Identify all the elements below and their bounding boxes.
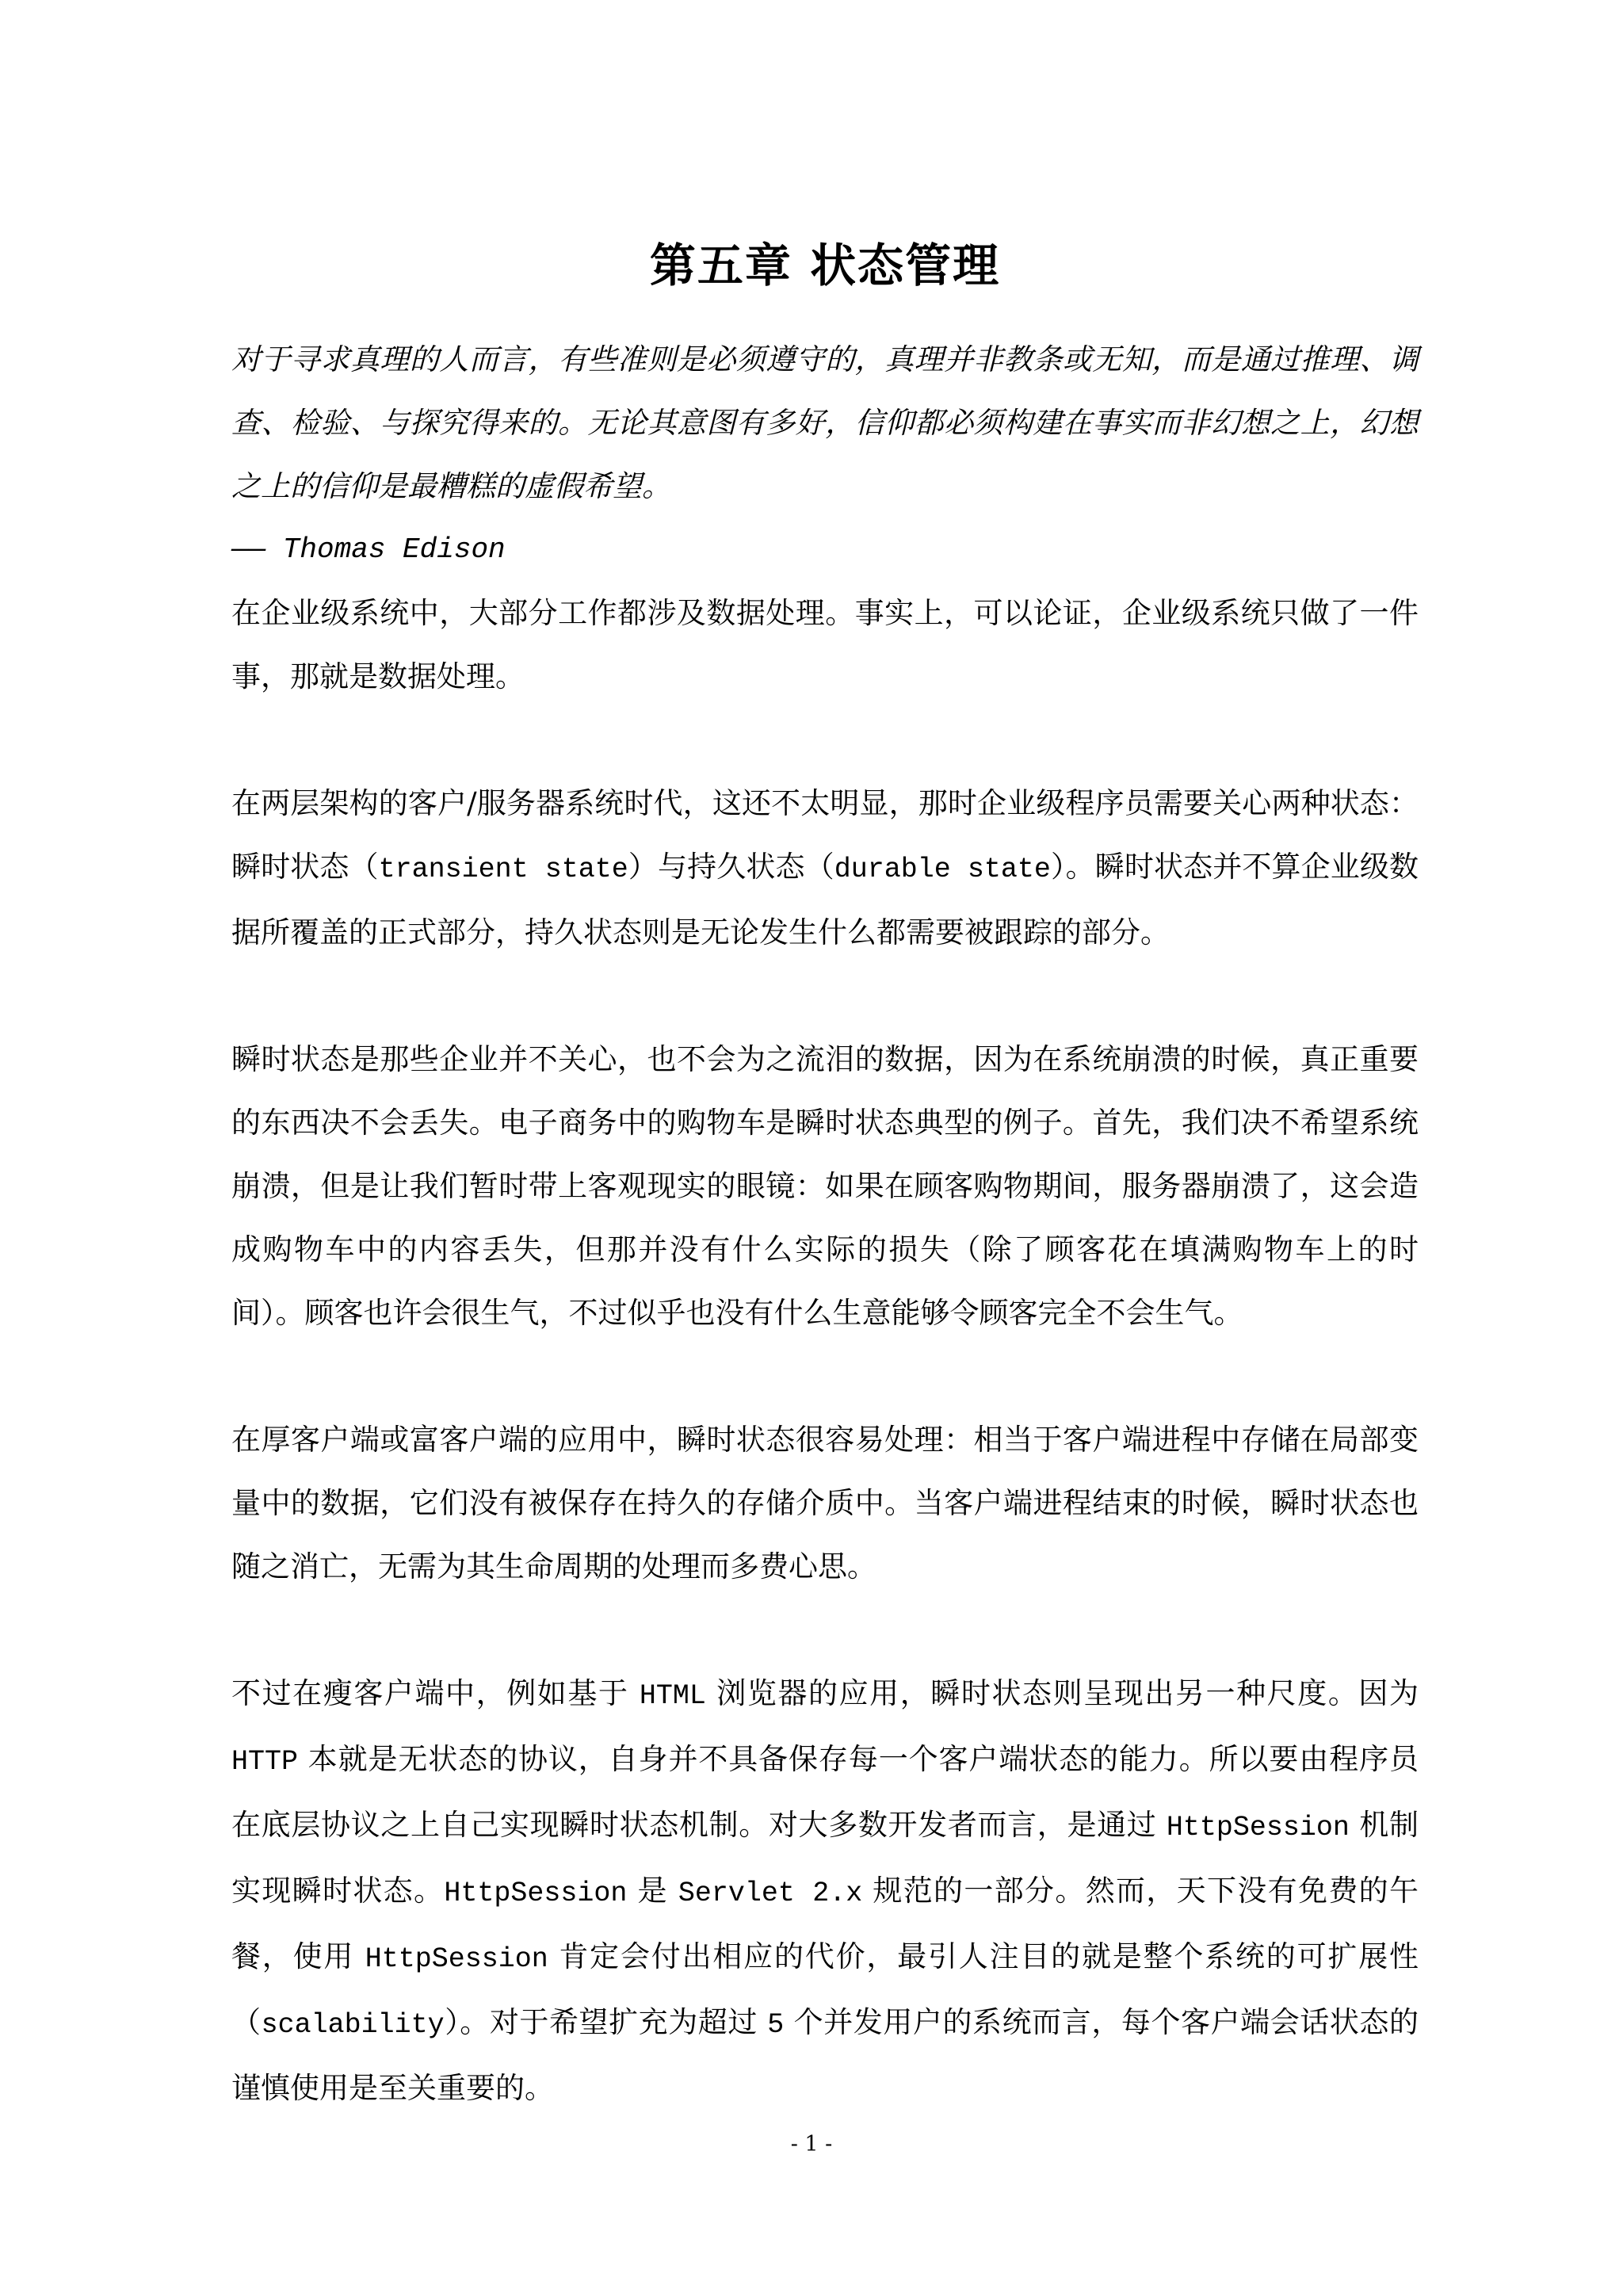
text-run: 不过在瘦客户端中，例如基于 — [231, 1676, 640, 1710]
text-run: 在厚客户端或富客户端的应用中，瞬时状态很容易处理：相当于客户端进程中存储在局部变… — [231, 1423, 1419, 1584]
page-number: - 1 - — [0, 2130, 1623, 2159]
text-run: 是 — [627, 1874, 678, 1908]
paragraph: 不过在瘦客户端中，例如基于 HTML 浏览器的应用，瞬时状态则呈现出另一种尺度。… — [231, 1662, 1419, 2120]
text-run: 浏览器的应用，瞬时状态则呈现出另一种尺度。因为 — [706, 1676, 1419, 1710]
code-term: HTML — [640, 1680, 706, 1712]
code-term: Servlet 2.x — [678, 1878, 862, 1909]
code-term: HTTP — [231, 1746, 298, 1778]
epigraph-quote: 对于寻求真理的人而言，有些准则是必须遵守的，真理并非教条或无知，而是通过推理、调… — [231, 328, 1419, 518]
code-term: durable state — [834, 854, 1051, 885]
code-term: scalability — [262, 2009, 445, 2041]
text-run: 在企业级系统中，大部分工作都涉及数据处理。事实上，可以论证，企业级系统只做了一件… — [231, 596, 1419, 693]
text-run: ）。对于希望扩充为超过 — [445, 2005, 768, 2039]
code-term: HttpSession — [1167, 1812, 1350, 1843]
page-body: 第五章 状态管理 对于寻求真理的人而言，有些准则是必须遵守的，真理并非教条或无知… — [231, 238, 1419, 2120]
code-term: HttpSession — [444, 1878, 627, 1909]
paragraph: 瞬时状态是那些企业并不关心，也不会为之流泪的数据，因为在系统崩溃的时候，真正重要… — [231, 1028, 1419, 1345]
paragraph: 在两层架构的客户/服务器系统时代，这还不太明显，那时企业级程序员需要关心两种状态… — [231, 772, 1419, 965]
paragraph: 在厚客户端或富客户端的应用中，瞬时状态很容易处理：相当于客户端进程中存储在局部变… — [231, 1408, 1419, 1599]
paragraph: 在企业级系统中，大部分工作都涉及数据处理。事实上，可以论证，企业级系统只做了一件… — [231, 582, 1419, 709]
text-run: 瞬时状态是那些企业并不关心，也不会为之流泪的数据，因为在系统崩溃的时候，真正重要… — [231, 1042, 1419, 1330]
quote-attribution: —— Thomas Edison — [231, 518, 1419, 582]
code-term: 5 — [767, 2009, 784, 2041]
document-page: 第五章 状态管理 对于寻求真理的人而言，有些准则是必须遵守的，真理并非教条或无知… — [0, 0, 1623, 2296]
code-term: HttpSession — [365, 1943, 548, 1975]
text-run: ）与持久状态（ — [628, 850, 834, 884]
code-term: transient state — [379, 854, 628, 885]
chapter-title: 第五章 状态管理 — [231, 238, 1419, 293]
